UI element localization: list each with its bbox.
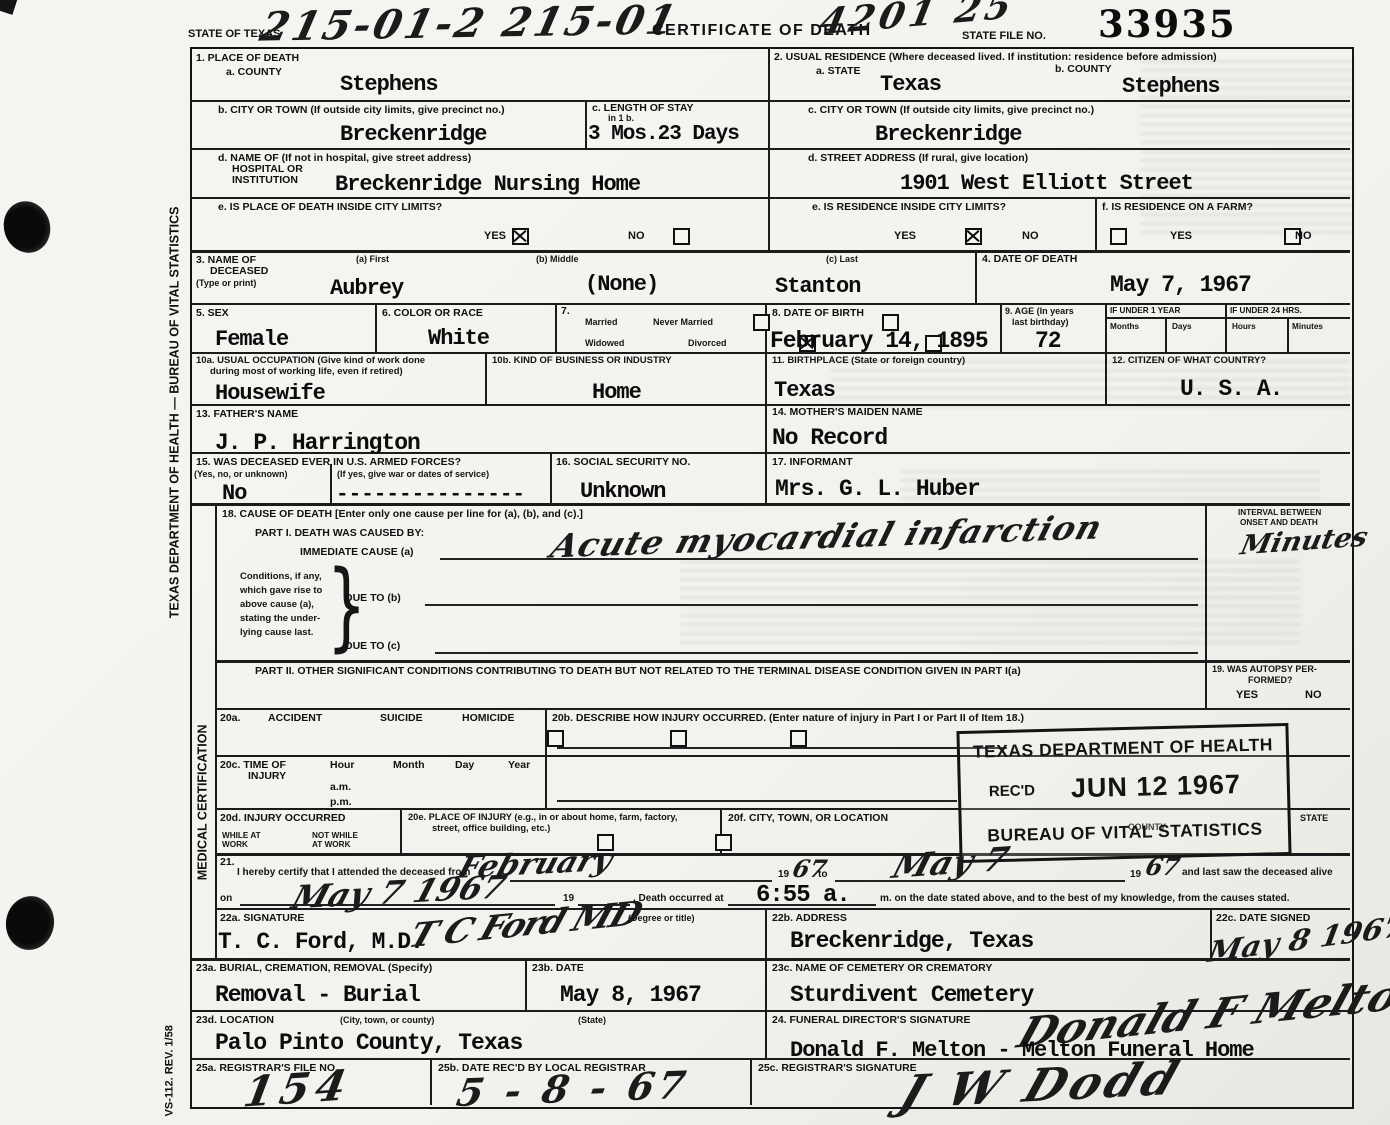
- s2f-label: f. IS RESIDENCE ON A FARM?: [1102, 201, 1253, 213]
- s2b-label: b. COUNTY: [1055, 63, 1112, 75]
- s3-first-value: Aubrey: [330, 278, 403, 300]
- s7-married-label: Married: [585, 317, 618, 327]
- grid-line: [400, 808, 402, 853]
- s9-months-label: Months: [1110, 322, 1139, 331]
- margin-department-label: TEXAS DEPARTMENT OF HEALTH — BUREAU OF V…: [168, 197, 183, 627]
- s19-label2: FORMED?: [1248, 675, 1293, 685]
- s20a-num: 20a.: [220, 712, 240, 724]
- s20d-while2: WORK: [222, 840, 248, 849]
- s1b-city-value: Breckenridge: [340, 124, 486, 146]
- s7-never-married-label: Never Married: [653, 317, 713, 327]
- s20b-write-line: [557, 747, 1007, 749]
- state-file-number: 33935: [1098, 2, 1237, 46]
- s7-divorced-label: Divorced: [688, 338, 727, 348]
- s21-text4: on: [220, 893, 232, 905]
- s9-under24-label: IF UNDER 24 HRS.: [1230, 306, 1302, 315]
- s20d-not-while-checkbox: [715, 834, 732, 851]
- s1-title: 1. PLACE OF DEATH: [196, 52, 299, 64]
- s23a-value: Removal - Burial: [215, 984, 420, 1007]
- s3-first-label: (a) First: [356, 254, 389, 264]
- grid-line: [555, 303, 557, 352]
- s18-cond3: above cause (a),: [240, 600, 314, 611]
- grid-line: [1000, 303, 1002, 352]
- s2-title: 2. USUAL RESIDENCE (Where deceased lived…: [774, 51, 1217, 63]
- s3-title3: (Type or print): [196, 278, 256, 288]
- s7-widowed-label: Widowed: [585, 338, 624, 348]
- s11-label: 11. BIRTHPLACE (State or foreign country…: [772, 356, 965, 367]
- s25b-date-recd-value: 5 - 8 - 67: [454, 1066, 693, 1112]
- grid-line: [1095, 197, 1097, 250]
- s18-interval-label1: INTERVAL BETWEEN: [1238, 508, 1321, 517]
- s16-ssn-value: Unknown: [580, 481, 665, 503]
- s18-due-b-label: DUE TO (b): [345, 592, 401, 604]
- s20c-day-label: Day: [455, 759, 474, 771]
- s9-label: 9. AGE (In years: [1005, 306, 1074, 316]
- s20d-label: 20d. INJURY OCCURRED: [220, 812, 345, 824]
- grid-line: [1165, 317, 1167, 352]
- s2a-label: a. STATE: [816, 65, 861, 77]
- grid-line: [215, 660, 1350, 663]
- s21-line1b: [835, 880, 1125, 882]
- s15-dashes-value: ---------------: [336, 485, 525, 506]
- s1a-label: a. COUNTY: [226, 66, 282, 78]
- s18-cond1: Conditions, if any,: [240, 572, 322, 583]
- s1d-label3: INSTITUTION: [232, 174, 298, 186]
- s21-time-value: 6:55 a.: [756, 884, 850, 908]
- s2e-yes-checkbox: [965, 228, 982, 245]
- s18-label: 18. CAUSE OF DEATH [Enter only one cause…: [222, 508, 583, 520]
- s2e-no-checkbox: [1110, 228, 1127, 245]
- s18-cond4: stating the under-: [240, 614, 320, 625]
- stamp-recd-label: REC'D: [989, 782, 1035, 800]
- s9-days-label: Days: [1172, 322, 1192, 331]
- s20c-write-line: [557, 800, 957, 802]
- s10a-occupation-value: Housewife: [215, 383, 325, 405]
- s2c-city-value: Breckenridge: [875, 124, 1021, 146]
- s2e-no-label: NO: [1022, 230, 1039, 243]
- s18-due-c-label: DUE TO (c): [345, 640, 400, 652]
- s1e-label: e. IS PLACE OF DEATH INSIDE CITY LIMITS?: [218, 201, 442, 213]
- grid-line: [765, 958, 767, 1058]
- grid-line: [975, 250, 977, 303]
- s2e-label: e. IS RESIDENCE INSIDE CITY LIMITS?: [812, 201, 1006, 213]
- s7-label: 7.: [561, 305, 570, 317]
- s1c-label2: in 1 b.: [608, 113, 634, 123]
- s9-hours-label: Hours: [1232, 322, 1256, 331]
- s1b-label: b. CITY OR TOWN (If outside city limits,…: [218, 104, 505, 116]
- s19-yes-label: YES: [1236, 689, 1258, 702]
- grid-line: [430, 1058, 432, 1105]
- s20e-label1: 20e. PLACE OF INJURY (e.g., in or about …: [408, 812, 678, 823]
- s19-no-label: NO: [1305, 689, 1322, 702]
- s8-label: 8. DATE OF BIRTH: [772, 307, 864, 319]
- s1e-yes-label: YES: [484, 230, 506, 243]
- s22b-address-value: Breckenridge, Texas: [790, 930, 1033, 953]
- s20c-label2: INJURY: [248, 770, 286, 782]
- corner-mark: [0, 0, 19, 15]
- s25a-file-no-value: 154: [240, 1064, 355, 1113]
- s6-label: 6. COLOR OR RACE: [382, 307, 483, 319]
- s12-citizen-value: U. S. A.: [1180, 378, 1282, 401]
- write-line-c: [435, 652, 1198, 654]
- grid-line: [375, 303, 377, 352]
- write-line-b: [425, 604, 1198, 606]
- ink-blot-bottom: [2, 892, 59, 954]
- s18-cond2: which gave rise to: [240, 586, 322, 597]
- grid-line: [1287, 317, 1289, 352]
- s21-hw-to: May 7: [889, 842, 1013, 883]
- s20a-homicide-label: HOMICIDE: [462, 712, 515, 724]
- s23b-label: 23b. DATE: [532, 962, 584, 974]
- s2f-yes-label: YES: [1170, 230, 1192, 243]
- grid-line: [190, 250, 1350, 253]
- s12-label: 12. CITIZEN OF WHAT COUNTRY?: [1112, 356, 1266, 367]
- grid-line: [190, 404, 1350, 406]
- s4-date-of-death-value: May 7, 1967: [1110, 274, 1251, 297]
- s5-sex-value: Female: [215, 329, 288, 351]
- s23c-label: 23c. NAME OF CEMETERY OR CREMATORY: [772, 962, 992, 974]
- grid-line: [190, 148, 1350, 150]
- s18-part2: PART II. OTHER SIGNIFICANT CONDITIONS CO…: [255, 665, 1195, 677]
- s17-informant-value: Mrs. G. L. Huber: [775, 478, 980, 501]
- s21-text3: and last saw the deceased alive: [1182, 867, 1333, 879]
- s25c-registrar-signature: J W Dodd: [894, 1055, 1188, 1115]
- s1d-institution-value: Breckenridge Nursing Home: [335, 174, 640, 196]
- s21-text2: to: [818, 869, 827, 881]
- s5-label: 5. SEX: [196, 307, 229, 319]
- s20c-hour-label: Hour: [330, 759, 355, 771]
- s23a-label: 23a. BURIAL, CREMATION, REMOVAL (Specify…: [196, 962, 432, 974]
- s23c-cemetery-value: Sturdivent Cemetery: [790, 984, 1033, 1007]
- s21-text5: . Death occurred at: [633, 893, 724, 905]
- grid-line: [545, 708, 547, 808]
- s22b-label: 22b. ADDRESS: [772, 912, 847, 924]
- s1c-length-of-stay-value: 3 Mos.23 Days: [588, 124, 739, 145]
- s23d-sub1: (City, town, or county): [340, 1015, 434, 1025]
- grid-line: [485, 352, 487, 404]
- s20a-homicide-checkbox: [790, 730, 807, 747]
- s23d-sub2: (State): [578, 1015, 606, 1025]
- s1e-no-checkbox: [673, 228, 690, 245]
- grid-line: [190, 100, 1350, 102]
- s20e-label2: street, office building, etc.): [432, 823, 550, 834]
- s25c-label: 25c. REGISTRAR'S SIGNATURE: [758, 1062, 917, 1074]
- s19-label1: 19. WAS AUTOPSY PER-: [1212, 664, 1317, 674]
- s2d-label: d. STREET ADDRESS (If rural, give locati…: [808, 152, 1028, 164]
- s4-label: 4. DATE OF DEATH: [982, 253, 1077, 265]
- stamp-line1: TEXAS DEPARTMENT OF HEALTH: [960, 734, 1286, 763]
- s18-cond5: lying cause last.: [240, 628, 313, 639]
- s2c-label: c. CITY OR TOWN (If outside city limits,…: [808, 104, 1094, 116]
- grid-line: [190, 958, 1350, 961]
- s2d-street-value: 1901 West Elliott Street: [900, 173, 1193, 195]
- grid-line: [190, 197, 1350, 199]
- grid-line: [1105, 352, 1107, 404]
- s22a-typed-name: T. C. Ford, M.D.: [218, 931, 423, 954]
- s9-minutes-label: Minutes: [1292, 322, 1323, 331]
- s3-middle-value: (None): [585, 274, 658, 296]
- grid-line: [1225, 303, 1227, 352]
- s11-birthplace-value: Texas: [774, 380, 835, 402]
- s21-num: 21.: [220, 856, 235, 868]
- s17-label: 17. INFORMANT: [772, 456, 853, 468]
- s21-text6: m. on the date stated above, and to the …: [880, 893, 1290, 905]
- grid-line: [525, 958, 527, 1010]
- s20f-state-label: STATE: [1300, 813, 1328, 823]
- s3-last-value: Stanton: [775, 276, 860, 298]
- s9-under1-label: IF UNDER 1 YEAR: [1110, 306, 1180, 315]
- s23d-label: 23d. LOCATION: [196, 1014, 274, 1026]
- s20d-not1: NOT WHILE: [312, 831, 358, 840]
- grid-line: [750, 1058, 752, 1105]
- s2a-state-value: Texas: [880, 74, 941, 96]
- grid-line: [1205, 503, 1207, 708]
- s14-label: 14. MOTHER'S MAIDEN NAME: [772, 406, 923, 418]
- s20d-not2: AT WORK: [312, 840, 351, 849]
- grid-line: [215, 503, 217, 958]
- s1e-no-label: NO: [628, 230, 645, 243]
- grid-line: [765, 908, 767, 958]
- s20b-label: 20b. DESCRIBE HOW INJURY OCCURRED. (Ente…: [552, 712, 1024, 724]
- grid-line: [1105, 317, 1350, 319]
- s9-label2: last birthday): [1012, 317, 1069, 327]
- s20a-suicide-checkbox: [670, 730, 687, 747]
- s20d-while1: WHILE AT: [222, 831, 261, 840]
- s18-part1: PART I. DEATH WAS CAUSED BY:: [255, 527, 424, 539]
- s6-race-value: White: [428, 328, 489, 350]
- s9-age-value: 72: [1035, 330, 1061, 353]
- s20c-year-label: Year: [508, 759, 530, 771]
- margin-form-number: VS-112. REV. 1/58: [164, 986, 177, 1116]
- s15-sub1: (Yes, no, or unknown): [194, 469, 288, 479]
- s3-middle-label: (b) Middle: [536, 254, 579, 264]
- s20c-month-label: Month: [393, 759, 425, 771]
- s20a-accident-label: ACCIDENT: [268, 712, 322, 724]
- ink-blot-top: [0, 195, 57, 259]
- s1e-yes-checkbox: [512, 228, 529, 245]
- s20f-label: 20f. CITY, TOWN, OR LOCATION: [728, 812, 888, 824]
- s2b-county-value: Stephens: [1122, 76, 1220, 98]
- handwritten-file-code: 215-01-2 215-01: [256, 0, 682, 47]
- s2e-yes-label: YES: [894, 230, 916, 243]
- s7-married-checkbox: [753, 314, 770, 331]
- s23b-date-value: May 8, 1967: [560, 984, 701, 1007]
- grid-line: [190, 303, 1350, 305]
- s16-label: 16. SOCIAL SECURITY NO.: [556, 456, 690, 468]
- grid-line: [550, 452, 552, 503]
- stamp-date: JUN 12 1967: [1071, 769, 1242, 804]
- s15-label: 15. WAS DECEASED EVER IN U.S. ARMED FORC…: [196, 456, 461, 468]
- s23d-location-value: Palo Pinto County, Texas: [215, 1032, 522, 1055]
- s3-title2: DECEASED: [210, 265, 268, 277]
- s20c-pm-label: p.m.: [330, 796, 352, 808]
- grid-line: [765, 452, 767, 503]
- s21-y1: 19: [778, 869, 789, 881]
- s20a-suicide-label: SUICIDE: [380, 712, 423, 724]
- s10b-label: 10b. KIND OF BUSINESS OR INDUSTRY: [492, 356, 672, 367]
- s10b-industry-value: Home: [592, 382, 641, 404]
- s20c-am-label: a.m.: [330, 781, 351, 793]
- s20a-accident-checkbox: [547, 730, 564, 747]
- grid-line: [765, 352, 767, 452]
- s10a-label2: during most of working life, even if ret…: [210, 367, 403, 378]
- s22a-degree-label: (Degree or title): [628, 913, 695, 923]
- grid-line: [1105, 303, 1107, 352]
- s1a-county-value: Stephens: [340, 74, 438, 96]
- s21-hw-y2: 67: [1143, 855, 1182, 879]
- s3-last-label: (c) Last: [826, 254, 858, 264]
- s14-mother-value: No Record: [772, 427, 887, 450]
- s22c-label: 22c. DATE SIGNED: [1216, 912, 1310, 924]
- s13-label: 13. FATHER'S NAME: [196, 408, 298, 420]
- s24-label: 24. FUNERAL DIRECTOR'S SIGNATURE: [772, 1014, 971, 1026]
- s21-y2: 19: [1130, 869, 1141, 881]
- s15-sub2: (If yes, give war or dates of service): [337, 469, 489, 479]
- grid-line: [330, 464, 332, 503]
- grid-line: [768, 47, 770, 250]
- state-file-no-label: STATE FILE NO.: [962, 30, 1046, 43]
- grid-line: [585, 100, 587, 148]
- grid-line: [215, 708, 1350, 710]
- s15-armed-forces-value: No: [222, 483, 246, 505]
- s22a-label: 22a. SIGNATURE: [220, 912, 304, 924]
- s8-date-of-birth-value: February 14, 1895: [770, 330, 988, 353]
- s2f-no-label: NO: [1295, 230, 1312, 243]
- s13-father-value: J. P. Harrington: [215, 432, 420, 455]
